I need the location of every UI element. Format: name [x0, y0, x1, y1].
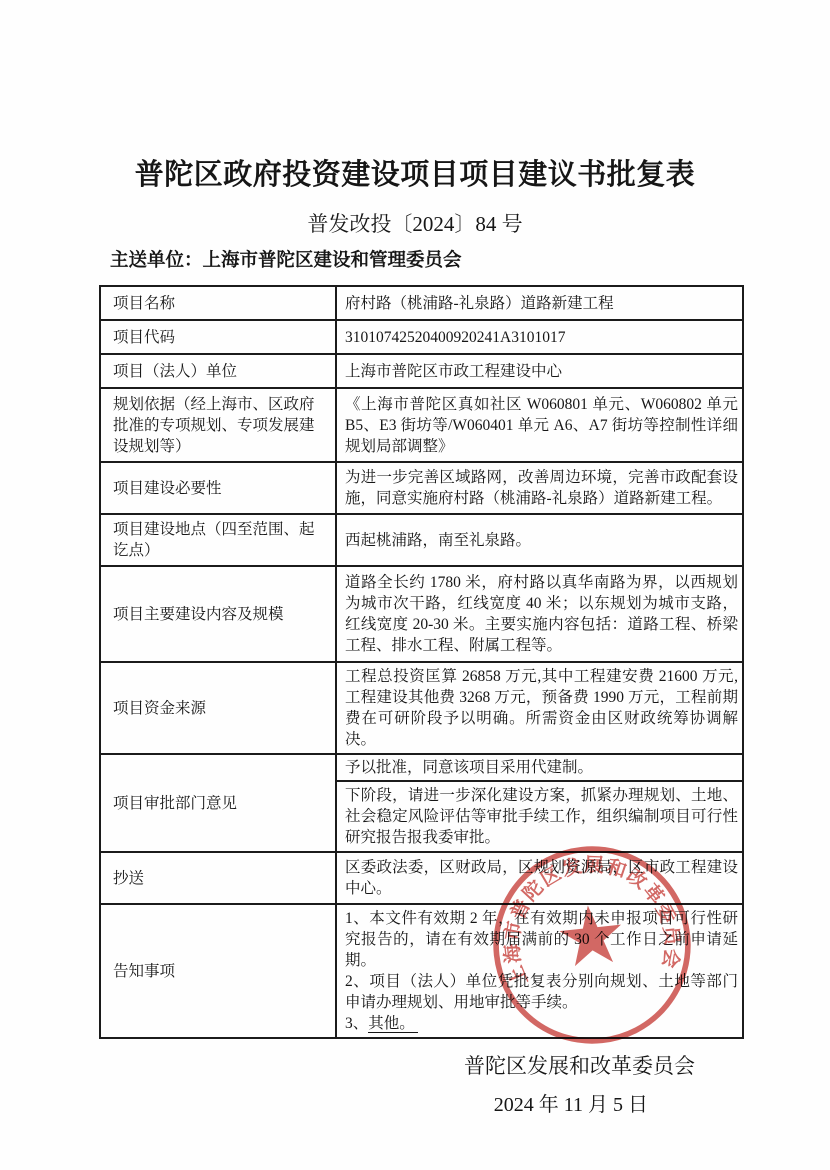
row-label: 项目审批部门意见	[100, 754, 336, 852]
approval-opinion-bottom: 下阶段，请进一步深化建设方案，抓紧办理规划、土地、社会稳定风险评估等审批手续工作…	[337, 782, 742, 851]
row-label: 项目代码	[100, 320, 336, 354]
row-value: 为进一步完善区域路网，改善周边环境，完善市政配套设施，同意实施府村路（桃浦路-礼…	[336, 462, 743, 514]
row-label: 项目（法人）单位	[100, 354, 336, 388]
table-row-necessity: 项目建设必要性 为进一步完善区域路网，改善周边环境，完善市政配套设施，同意实施府…	[100, 462, 743, 514]
document-number: 普发改投〔2024〕84 号	[0, 211, 830, 237]
notice-item-3-underlined: 其他。	[368, 1015, 418, 1033]
document-page: 普陀区政府投资建设项目项目建议书批复表 普发改投〔2024〕84 号 主送单位：…	[0, 0, 830, 1170]
row-value: 西起桃浦路，南至礼泉路。	[336, 514, 743, 566]
row-label: 项目建设必要性	[100, 462, 336, 514]
row-value: 区委政法委，区财政局，区规划资源局，区市政工程建设中心。	[336, 852, 743, 904]
issue-date: 2024 年 11 月 5 日	[0, 1091, 830, 1119]
row-label: 规划依据（经上海市、区政府批准的专项规划、专项发展建设规划等）	[100, 388, 336, 462]
notice-item-3-prefix: 3、	[345, 1015, 368, 1032]
table-row-legal-entity: 项目（法人）单位 上海市普陀区市政工程建设中心	[100, 354, 743, 388]
row-label: 告知事项	[100, 904, 336, 1038]
recipient-value: 上海市普陀区建设和管理委员会	[203, 251, 462, 271]
row-label: 抄送	[100, 852, 336, 904]
notice-item-1: 1、本文件有效期 2 年，在有效期内未申报项目可行性研究报告的，请在有效期届满前…	[345, 908, 738, 971]
row-value: 《上海市普陀区真如社区 W060801 单元、W060802 单元 B5、E3 …	[336, 388, 743, 462]
table-row-planning-basis: 规划依据（经上海市、区政府批准的专项规划、专项发展建设规划等） 《上海市普陀区真…	[100, 388, 743, 462]
row-value: 予以批准，同意该项目采用代建制。 下阶段，请进一步深化建设方案，抓紧办理规划、土…	[336, 754, 743, 852]
row-label: 项目资金来源	[100, 662, 336, 754]
row-label: 项目名称	[100, 286, 336, 320]
recipient-line: 主送单位：上海市普陀区建设和管理委员会	[110, 249, 830, 273]
row-value: 道路全长约 1780 米，府村路以真华南路为界，以西规划为城市次干路，红线宽度 …	[336, 566, 743, 662]
table-row-funding: 项目资金来源 工程总投资匡算 26858 万元,其中工程建安费 21600 万元…	[100, 662, 743, 754]
table-row-project-name: 项目名称 府村路（桃浦路-礼泉路）道路新建工程	[100, 286, 743, 320]
row-value: 府村路（桃浦路-礼泉路）道路新建工程	[336, 286, 743, 320]
issuing-authority: 普陀区发展和改革委员会	[0, 1051, 830, 1081]
document-title: 普陀区政府投资建设项目项目建议书批复表	[0, 0, 830, 195]
table-row-location: 项目建设地点（四至范围、起讫点） 西起桃浦路，南至礼泉路。	[100, 514, 743, 566]
row-value: 1、本文件有效期 2 年，在有效期内未申报项目可行性研究报告的，请在有效期届满前…	[336, 904, 743, 1038]
row-value: 工程总投资匡算 26858 万元,其中工程建安费 21600 万元,工程建设其他…	[336, 662, 743, 754]
row-value: 31010742520400920241A3101017	[336, 320, 743, 354]
row-label: 项目主要建设内容及规模	[100, 566, 336, 662]
row-value: 上海市普陀区市政工程建设中心	[336, 354, 743, 388]
row-label: 项目建设地点（四至范围、起讫点）	[100, 514, 336, 566]
table-row-approval-opinion: 项目审批部门意见 予以批准，同意该项目采用代建制。 下阶段，请进一步深化建设方案…	[100, 754, 743, 852]
recipient-label: 主送单位：	[110, 251, 203, 271]
notice-item-3: 3、其他。	[345, 1013, 738, 1034]
approval-opinion-top: 予以批准，同意该项目采用代建制。	[337, 755, 742, 782]
table-row-notices: 告知事项 1、本文件有效期 2 年，在有效期内未申报项目可行性研究报告的，请在有…	[100, 904, 743, 1038]
table-row-project-code: 项目代码 31010742520400920241A3101017	[100, 320, 743, 354]
notice-item-2: 2、项目（法人）单位凭批复表分别向规划、土地等部门申请办理规划、用地审批等手续。	[345, 971, 738, 1013]
table-row-cc: 抄送 区委政法委，区财政局，区规划资源局，区市政工程建设中心。	[100, 852, 743, 904]
table-row-scope: 项目主要建设内容及规模 道路全长约 1780 米，府村路以真华南路为界，以西规划…	[100, 566, 743, 662]
approval-table: 项目名称 府村路（桃浦路-礼泉路）道路新建工程 项目代码 31010742520…	[99, 285, 744, 1039]
